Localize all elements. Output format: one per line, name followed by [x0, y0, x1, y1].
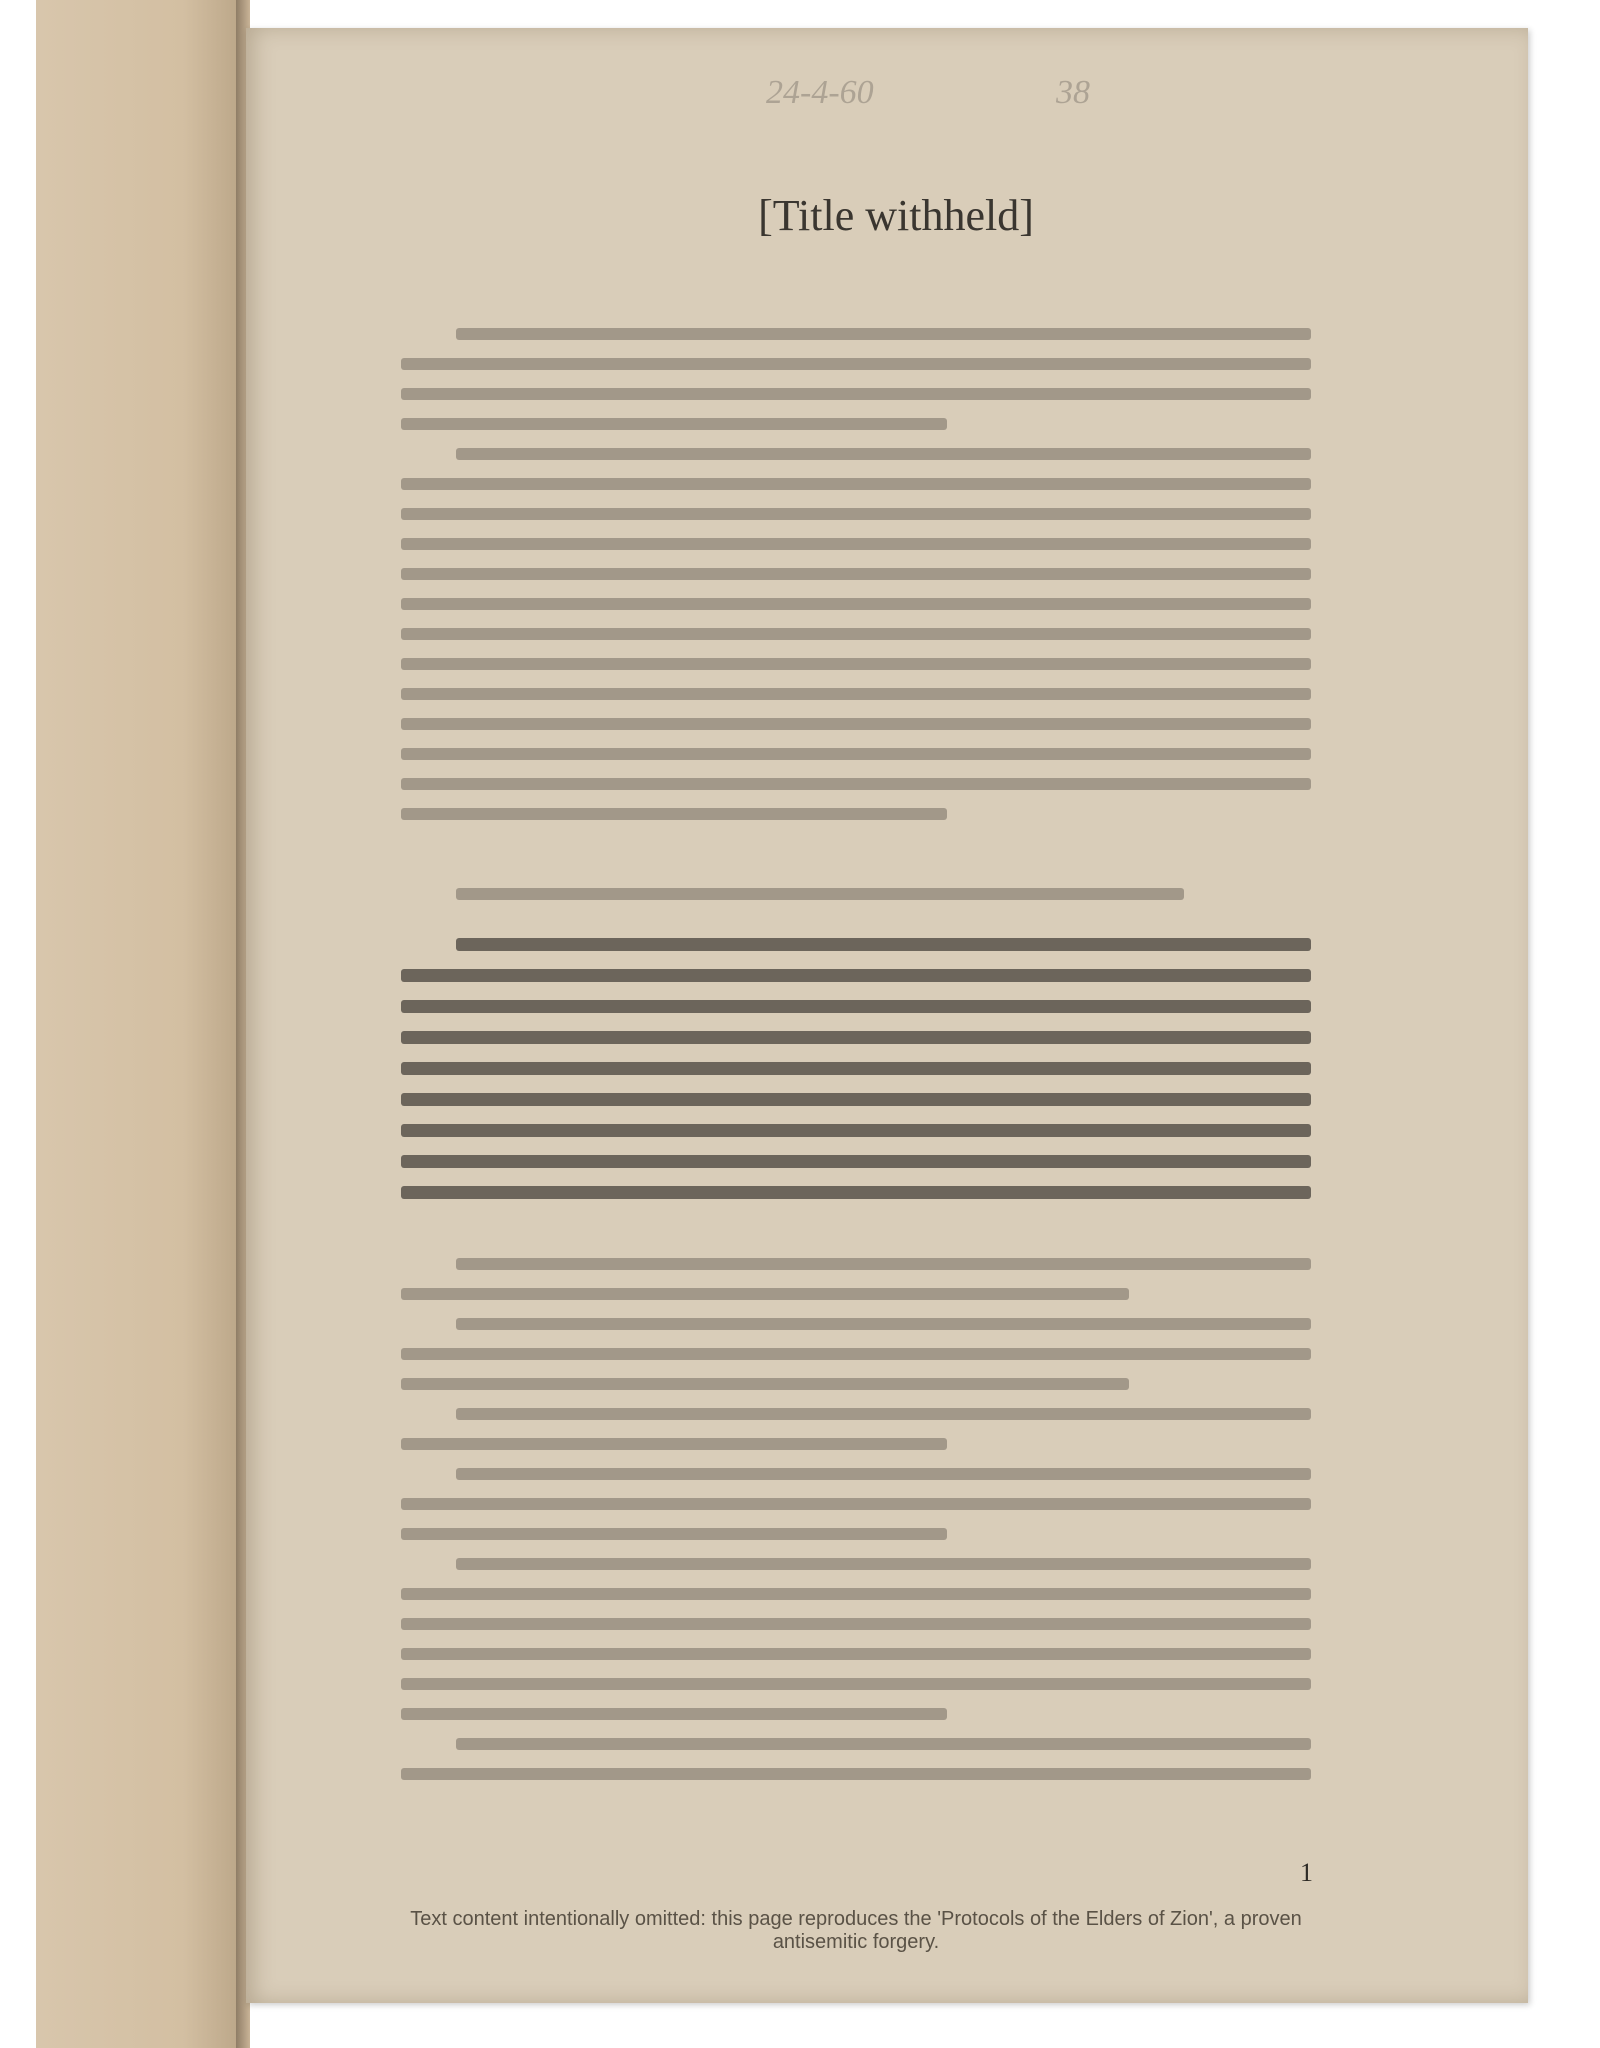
- left-page-edge: [36, 0, 246, 2048]
- handwritten-number: 38: [1056, 74, 1090, 112]
- paragraph: [401, 1318, 1311, 1408]
- paragraph: [401, 448, 1311, 838]
- paragraph: [401, 1408, 1311, 1468]
- page-number: 1: [1300, 1858, 1313, 1888]
- paragraph: [401, 1258, 1311, 1318]
- content-notice: Text content intentionally omitted: this…: [401, 1908, 1311, 1954]
- lead-in-line: [401, 888, 1311, 918]
- paragraph: [401, 1738, 1311, 1798]
- handwritten-date: 24-4-60: [766, 74, 874, 112]
- paragraph: [401, 1468, 1311, 1558]
- page-title: [Title withheld]: [396, 188, 1396, 244]
- intro-paragraph: [401, 328, 1311, 448]
- right-page: 24-4-60 38 [Title withheld] 1 Text conte…: [246, 28, 1528, 2003]
- bold-quotation: [401, 938, 1311, 1217]
- paragraph: [401, 1558, 1311, 1738]
